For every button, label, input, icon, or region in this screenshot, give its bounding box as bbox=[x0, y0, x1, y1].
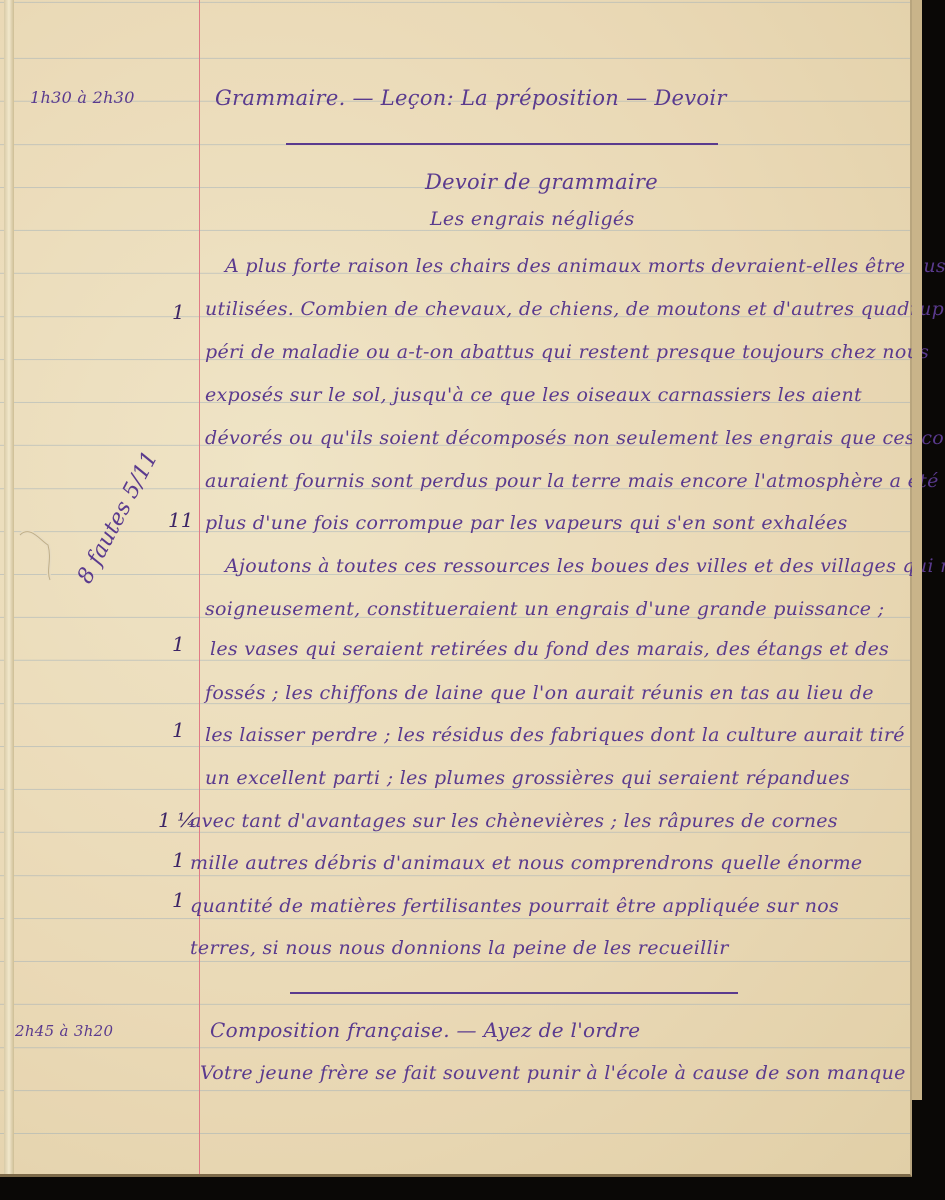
text-line: les laisser perdre ; les résidus des fab… bbox=[205, 724, 905, 746]
text-line: avec tant d'avantages sur les chènevière… bbox=[190, 810, 838, 832]
heading-underline-1 bbox=[286, 143, 718, 145]
text-line: plus d'une fois corrompue par les vapeur… bbox=[205, 512, 848, 534]
time-slot-2: 2h45 à 3h20 bbox=[15, 1022, 113, 1040]
line-mark: 11 bbox=[168, 508, 193, 532]
text-line: quantité de matières fertilisantes pourr… bbox=[190, 895, 839, 917]
text-line: dévorés ou qu'ils soient décomposés non … bbox=[205, 427, 945, 449]
text-line: terres, si nous nous donnions la peine d… bbox=[190, 937, 729, 959]
text-line: les vases qui seraient retirées du fond … bbox=[210, 638, 889, 660]
text-line: soigneusement, constitueraient un engrai… bbox=[205, 598, 884, 620]
text-line: un excellent parti ; les plumes grossièr… bbox=[205, 767, 850, 789]
line-mark: 1 bbox=[172, 300, 185, 324]
time-slot-1: 1h30 à 2h30 bbox=[30, 88, 135, 107]
notebook-page: 8 fautes 5/11 1h30 à 2h30 Grammaire. — L… bbox=[0, 0, 912, 1177]
assignment-title: Devoir de grammaire bbox=[425, 170, 658, 194]
red-margin-line bbox=[199, 0, 200, 1174]
line-mark: 1 bbox=[172, 888, 185, 912]
text-line: auraient fournis sont perdus pour la ter… bbox=[205, 470, 939, 492]
binding-string-icon bbox=[18, 505, 58, 585]
text-line: Ajoutons à toutes ces ressources les bou… bbox=[225, 555, 945, 577]
text-line: Votre jeune frère se fait souvent punir … bbox=[200, 1062, 906, 1084]
text-line: utilisées. Combien de chevaux, de chiens… bbox=[205, 298, 945, 320]
line-mark: 1 bbox=[172, 718, 185, 742]
line-mark: 1 bbox=[172, 632, 185, 656]
text-line: exposés sur le sol, jusqu'à ce que les o… bbox=[205, 384, 862, 406]
section-divider bbox=[290, 992, 738, 994]
notebook-spine bbox=[4, 0, 14, 1174]
text-line: fossés ; les chiffons de laine que l'on … bbox=[205, 682, 874, 704]
section-heading-1: Grammaire. — Leçon: La préposition — Dev… bbox=[215, 86, 727, 110]
text-line: mille autres débris d'animaux et nous co… bbox=[190, 852, 862, 874]
line-mark: 1 bbox=[172, 848, 185, 872]
page-edge bbox=[912, 0, 922, 1100]
section-heading-2: Composition française. — Ayez de l'ordre bbox=[210, 1018, 640, 1042]
text-line: péri de maladie ou a-t-on abattus qui re… bbox=[205, 341, 929, 363]
text-line: A plus forte raison les chairs des anima… bbox=[225, 255, 945, 277]
assignment-subtitle: Les engrais négligés bbox=[430, 208, 635, 230]
